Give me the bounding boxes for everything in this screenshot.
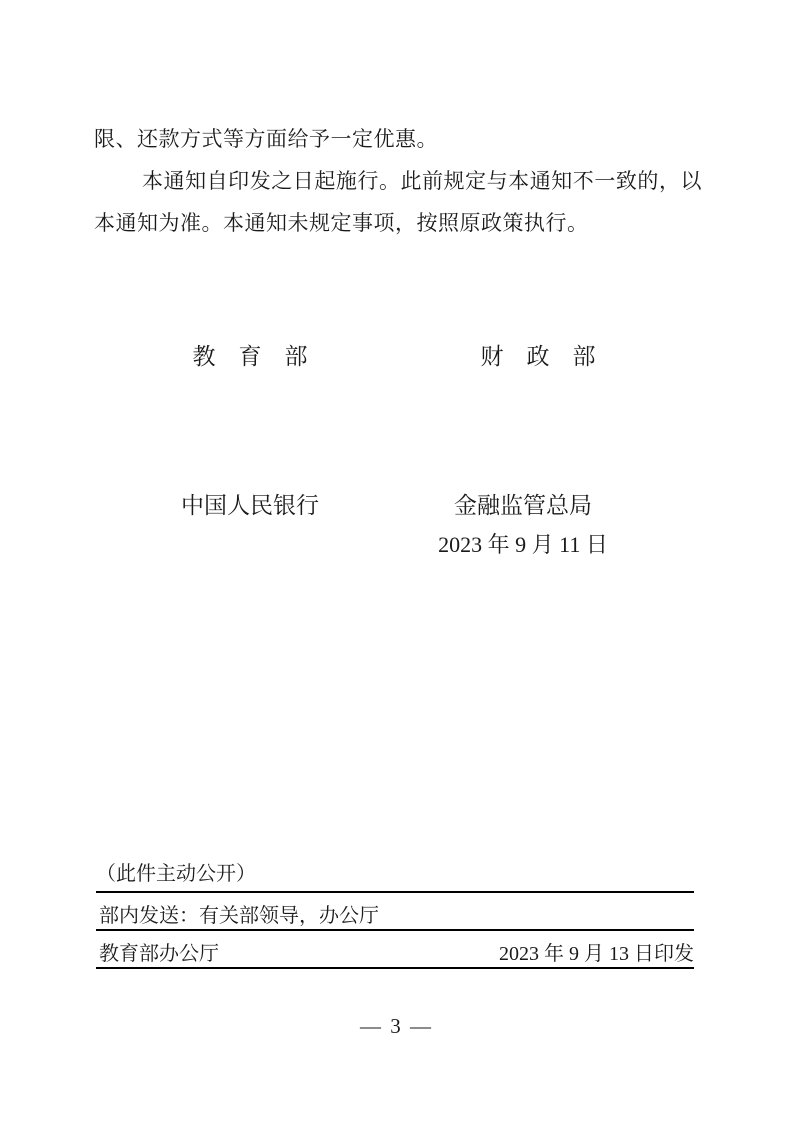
print-date: 2023 年 9 月 13 日印发 [499, 937, 694, 966]
issue-row: 教育部办公厅 2023 年 9 月 13 日印发 [99, 937, 694, 966]
paragraph-line-2: 本通知自印发之日起施行。此前规定与本通知不一致的，以 [94, 160, 702, 202]
page-number: — 3 — [0, 1014, 793, 1039]
footer-rule-bottom [96, 967, 694, 969]
footer-rule-top [96, 891, 694, 893]
paragraph-line-3: 本通知为准。本通知未规定事项，按照原政策执行。 [94, 202, 702, 244]
distribution-line: 部内发送：有关部领导，办公厅 [99, 899, 379, 928]
signature-financial-regulatory-administration: 金融监管总局 [443, 493, 603, 519]
issuing-office: 教育部办公厅 [99, 937, 219, 966]
signature-date: 2023 年 9 月 11 日 [408, 532, 638, 558]
disclosure-note: （此件主动公开） [96, 857, 256, 886]
document-page: 限、还款方式等方面给予一定优惠。 本通知自印发之日起施行。此前规定与本通知不一致… [0, 0, 793, 1122]
signature-ministry-of-education: 教 育 部 [168, 344, 332, 370]
signature-peoples-bank-of-china: 中国人民银行 [170, 493, 330, 519]
body-paragraphs: 限、还款方式等方面给予一定优惠。 本通知自印发之日起施行。此前规定与本通知不一致… [94, 118, 702, 244]
signature-ministry-of-finance: 财 政 部 [456, 344, 620, 370]
footer-rule-middle [96, 929, 694, 931]
paragraph-line-1: 限、还款方式等方面给予一定优惠。 [94, 118, 702, 160]
